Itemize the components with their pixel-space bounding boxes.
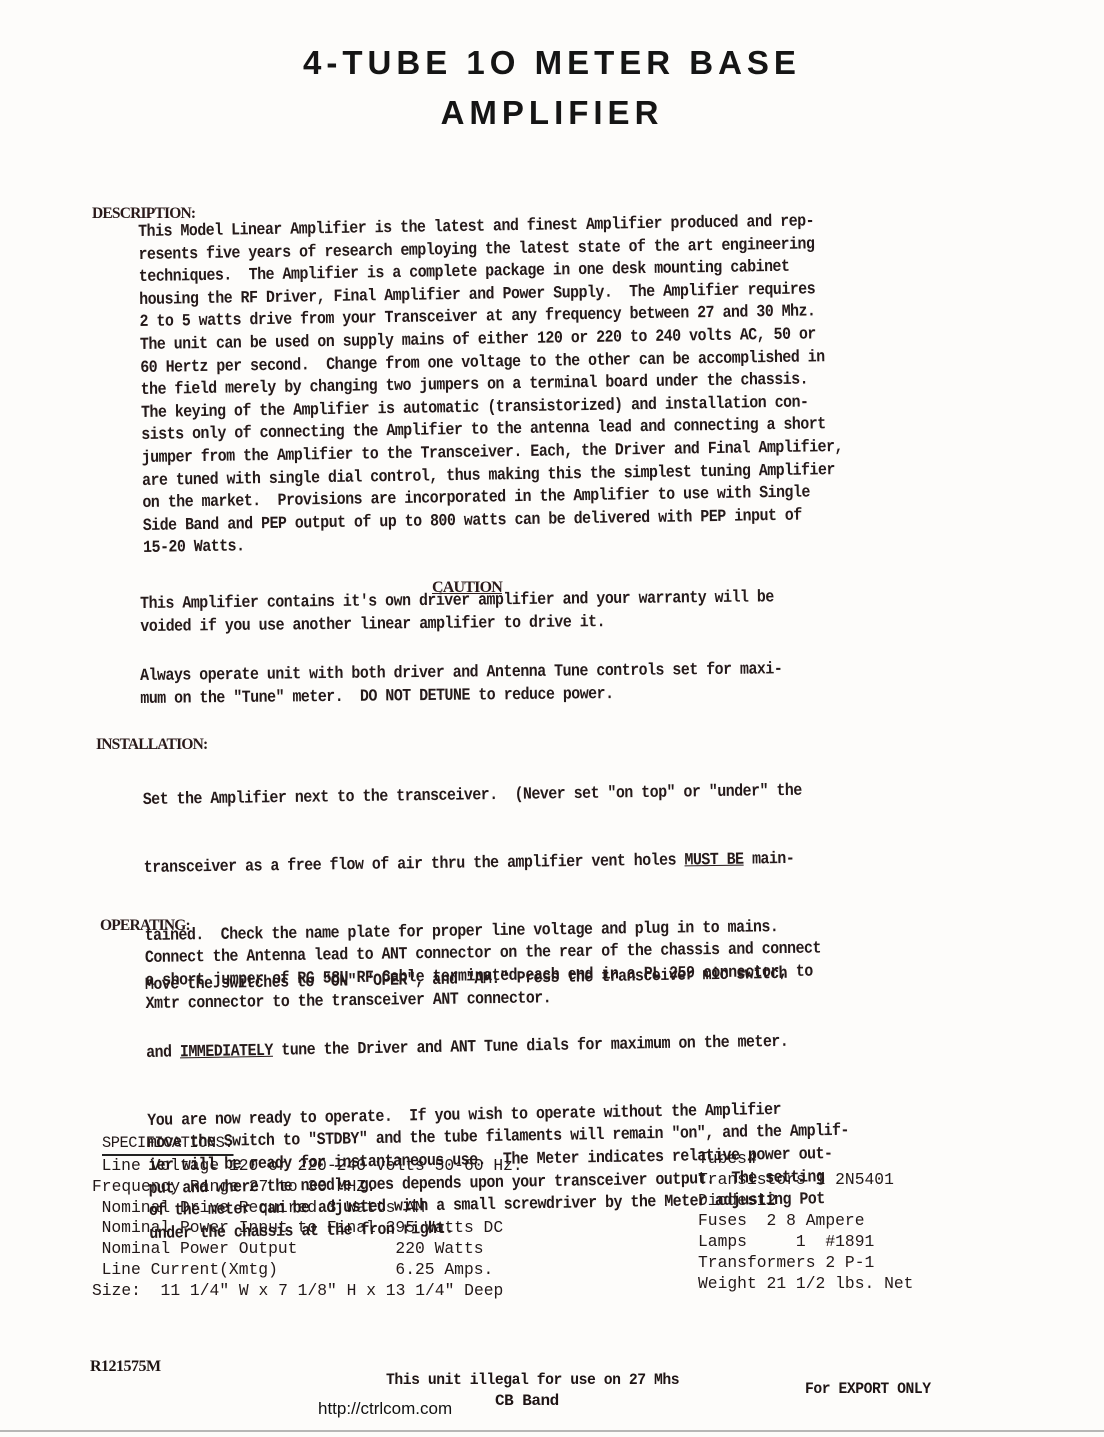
spec-item: Tubes4 xyxy=(698,1150,919,1171)
spec-item: Transformers 2 P-1 xyxy=(698,1254,919,1275)
scan-edge-line xyxy=(0,1430,1104,1432)
spec-item: Nominal Drive Required 3 Watts AM xyxy=(92,1199,523,1220)
spec-item: Diodes12 xyxy=(698,1192,919,1213)
spec-label: Fuses 2 8 Ampere xyxy=(698,1212,865,1231)
spec-value: 12 xyxy=(757,1192,777,1211)
caution-paragraph: This Amplifier contains it's own driver … xyxy=(140,587,774,639)
spec-item: Lamps 1 #1891 xyxy=(698,1233,919,1254)
text-line: Set the Amplifier next to the transceive… xyxy=(143,781,819,813)
spec-item: Frequency Range 27 to 30 MHZ. xyxy=(92,1178,523,1199)
spec-item: Size: 11 1/4" W x 7 1/8" H x 13 1/4" Dee… xyxy=(92,1282,523,1303)
text-line: and IMMEDIATELY tune the Driver and ANT … xyxy=(146,1031,848,1066)
text-span: main- xyxy=(743,850,794,870)
document-number: R121575M xyxy=(90,1358,161,1376)
spec-item: Fuses 2 8 Ampere xyxy=(698,1212,919,1233)
emphasis-immediately: IMMEDIATELY xyxy=(180,1042,273,1063)
spec-label: Tubes xyxy=(698,1150,747,1169)
source-url: http://ctrlcom.com xyxy=(318,1399,452,1419)
spec-item: Nominal Power Output 220 Watts xyxy=(92,1240,523,1261)
spec-item: Transistors 1 2N5401 xyxy=(698,1171,919,1192)
specifications-left-list: Line Voltage 120 or 220-240 volts 50-60 … xyxy=(92,1157,523,1303)
spec-label: Lamps 1 #1891 xyxy=(698,1233,874,1252)
emphasis-must-be: MUST BE xyxy=(684,851,743,871)
spec-label: Transformers 2 P-1 xyxy=(698,1254,874,1273)
spec-value: 4 xyxy=(747,1150,757,1169)
document-title-line-1: 4-TUBE 1O METER BASE xyxy=(0,44,1104,82)
spec-item: Weight 21 1/2 lbs. Net xyxy=(698,1275,919,1296)
description-paragraph: This Model Linear Amplifier is the lates… xyxy=(138,211,845,561)
spec-item: Nominal Power Input to Final 395 Watts D… xyxy=(92,1219,523,1240)
text-span: and xyxy=(146,1043,180,1063)
cb-band-note: CB Band xyxy=(495,1392,559,1410)
description-heading: DESCRIPTION: xyxy=(92,205,195,223)
text-span: tune the Driver and ANT Tune dials for m… xyxy=(273,1033,789,1061)
caution-operate-note: Always operate unit with both driver and… xyxy=(140,659,783,711)
document-title-line-2: AMPLIFIER xyxy=(0,94,1104,132)
spec-label: Transistors 1 2N5401 xyxy=(698,1171,894,1190)
spec-label: Diodes xyxy=(698,1192,757,1211)
spec-item: Line Current(Xmtg) 6.25 Amps. xyxy=(92,1261,523,1282)
specifications-right-list: Tubes4Transistors 1 2N5401Diodes12Fuses … xyxy=(698,1150,919,1296)
text-span: transceiver as a free flow of air thru t… xyxy=(144,851,685,878)
illegal-notice: This unit illegal for use on 27 Mhs xyxy=(386,1371,679,1389)
export-only-note: For EXPORT ONLY xyxy=(805,1380,931,1398)
specifications-heading: SPECIFICATIONS: xyxy=(102,1133,233,1156)
spec-item: Line Voltage 120 or 220-240 volts 50-60 … xyxy=(92,1157,523,1178)
spec-label: Weight 21 1/2 lbs. Net xyxy=(698,1275,913,1294)
text-line: transceiver as a free flow of air thru t… xyxy=(144,849,820,881)
text-line: Move the switches to "ON" "OPER", and "A… xyxy=(145,963,847,998)
